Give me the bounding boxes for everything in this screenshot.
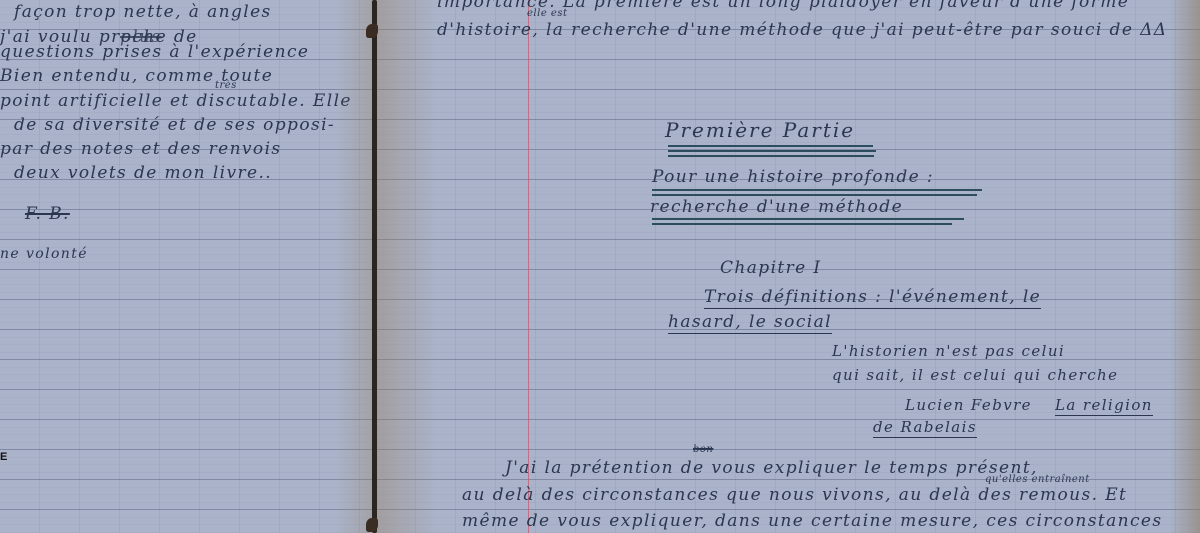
part-subtitle-1-underline xyxy=(652,189,982,191)
chapter-title-2: hasard, le social xyxy=(668,312,832,334)
body-insertion-1: bon xyxy=(693,444,713,455)
binding-knot-top xyxy=(366,24,378,38)
left-line-7: par des notes et des renvois xyxy=(0,139,282,159)
epigraph-work-2: de Rabelais xyxy=(873,418,977,438)
left-partial-line: ne volonté xyxy=(0,246,88,262)
epigraph-line-1: L'historien n'est pas celui xyxy=(832,342,1065,360)
page-margin-line xyxy=(528,0,529,533)
part-title-underline-1 xyxy=(668,145,873,147)
part-title: Première Partie xyxy=(665,118,855,142)
notebook-binding-thread xyxy=(372,0,377,533)
part-subtitle-1: Pour une histoire profonde : xyxy=(652,167,934,187)
body-line-1: J'ai la prétention de vous expliquer le … xyxy=(505,458,1038,478)
part-subtitle-2-underline xyxy=(652,218,964,220)
chapter-title-1: Trois définitions : l'événement, le xyxy=(704,287,1041,309)
part-subtitle-2-underline-2 xyxy=(652,223,952,225)
left-line-8: deux volets de mon livre.. xyxy=(14,163,272,183)
part-subtitle-2: recherche d'une méthode xyxy=(650,197,903,217)
left-initials: F. B. xyxy=(25,204,70,224)
left-line-1: façon trop nette, à angles xyxy=(14,2,272,22)
epigraph-author: Lucien Febvre xyxy=(905,396,1032,414)
epigraph-line-2: qui sait, il est celui qui cherche xyxy=(832,366,1118,384)
right-top-line-2: d'histoire, la recherche d'une méthode q… xyxy=(437,20,1167,40)
body-insertion-2: qu'elles entraînent xyxy=(985,474,1090,485)
chapter-label: Chapitre I xyxy=(720,258,822,278)
left-line-5: point artificielle et discutable. Elle xyxy=(0,91,352,111)
binding-knot-bottom xyxy=(366,518,378,532)
epigraph-work-1: La religion xyxy=(1055,396,1153,416)
part-title-underline-2 xyxy=(668,150,876,152)
body-line-2: au delà des circonstances que nous vivon… xyxy=(462,485,1127,505)
left-notebook-page: façon trop nette, à angles j'ai voulu pr… xyxy=(0,0,376,533)
part-title-underline-3 xyxy=(668,155,874,157)
left-line-6: de sa diversité et de ses opposi- xyxy=(14,115,335,135)
left-insertion: très xyxy=(215,80,237,91)
right-top-insertion: elle est xyxy=(527,8,567,19)
left-line-3: questions prises à l'expérience xyxy=(0,42,309,62)
part-subtitle-1-underline-2 xyxy=(652,194,977,196)
body-line-3: même de vous expliquer, dans une certain… xyxy=(462,511,1162,531)
edge-label: E xyxy=(0,451,7,463)
